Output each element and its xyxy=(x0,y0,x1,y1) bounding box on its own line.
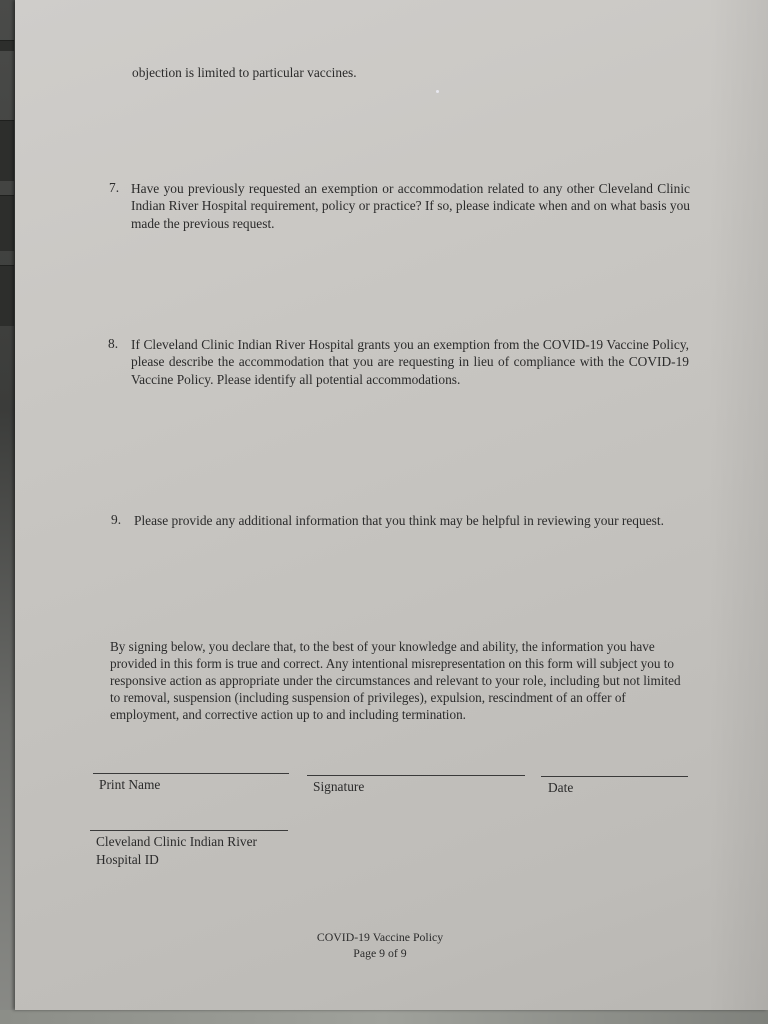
background-surface xyxy=(0,0,16,1024)
question-8-number: 8. xyxy=(108,336,118,352)
print-name-label: Print Name xyxy=(99,776,160,793)
footer-page-number: Page 9 of 9 xyxy=(285,946,475,961)
glare-speck xyxy=(436,90,439,93)
question-7-number: 7. xyxy=(109,180,119,196)
date-line[interactable] xyxy=(541,776,688,777)
date-label: Date xyxy=(548,779,573,796)
question-9-number: 9. xyxy=(111,512,121,528)
print-name-line[interactable] xyxy=(93,773,289,774)
signature-label: Signature xyxy=(313,778,364,795)
hospital-id-label: Cleveland Clinic Indian River Hospital I… xyxy=(96,833,296,869)
declaration-text: By signing below, you declare that, to t… xyxy=(110,638,682,723)
footer-title: COVID-19 Vaccine Policy xyxy=(285,930,475,945)
hospital-id-line[interactable] xyxy=(90,830,288,831)
signature-line[interactable] xyxy=(307,775,525,776)
question-9-text: Please provide any additional informatio… xyxy=(134,512,688,529)
table-surface xyxy=(0,1010,768,1024)
question-7-text: Have you previously requested an exempti… xyxy=(131,180,690,232)
question-8-text: If Cleveland Clinic Indian River Hospita… xyxy=(131,336,689,388)
continuation-text: objection is limited to particular vacci… xyxy=(132,64,532,81)
